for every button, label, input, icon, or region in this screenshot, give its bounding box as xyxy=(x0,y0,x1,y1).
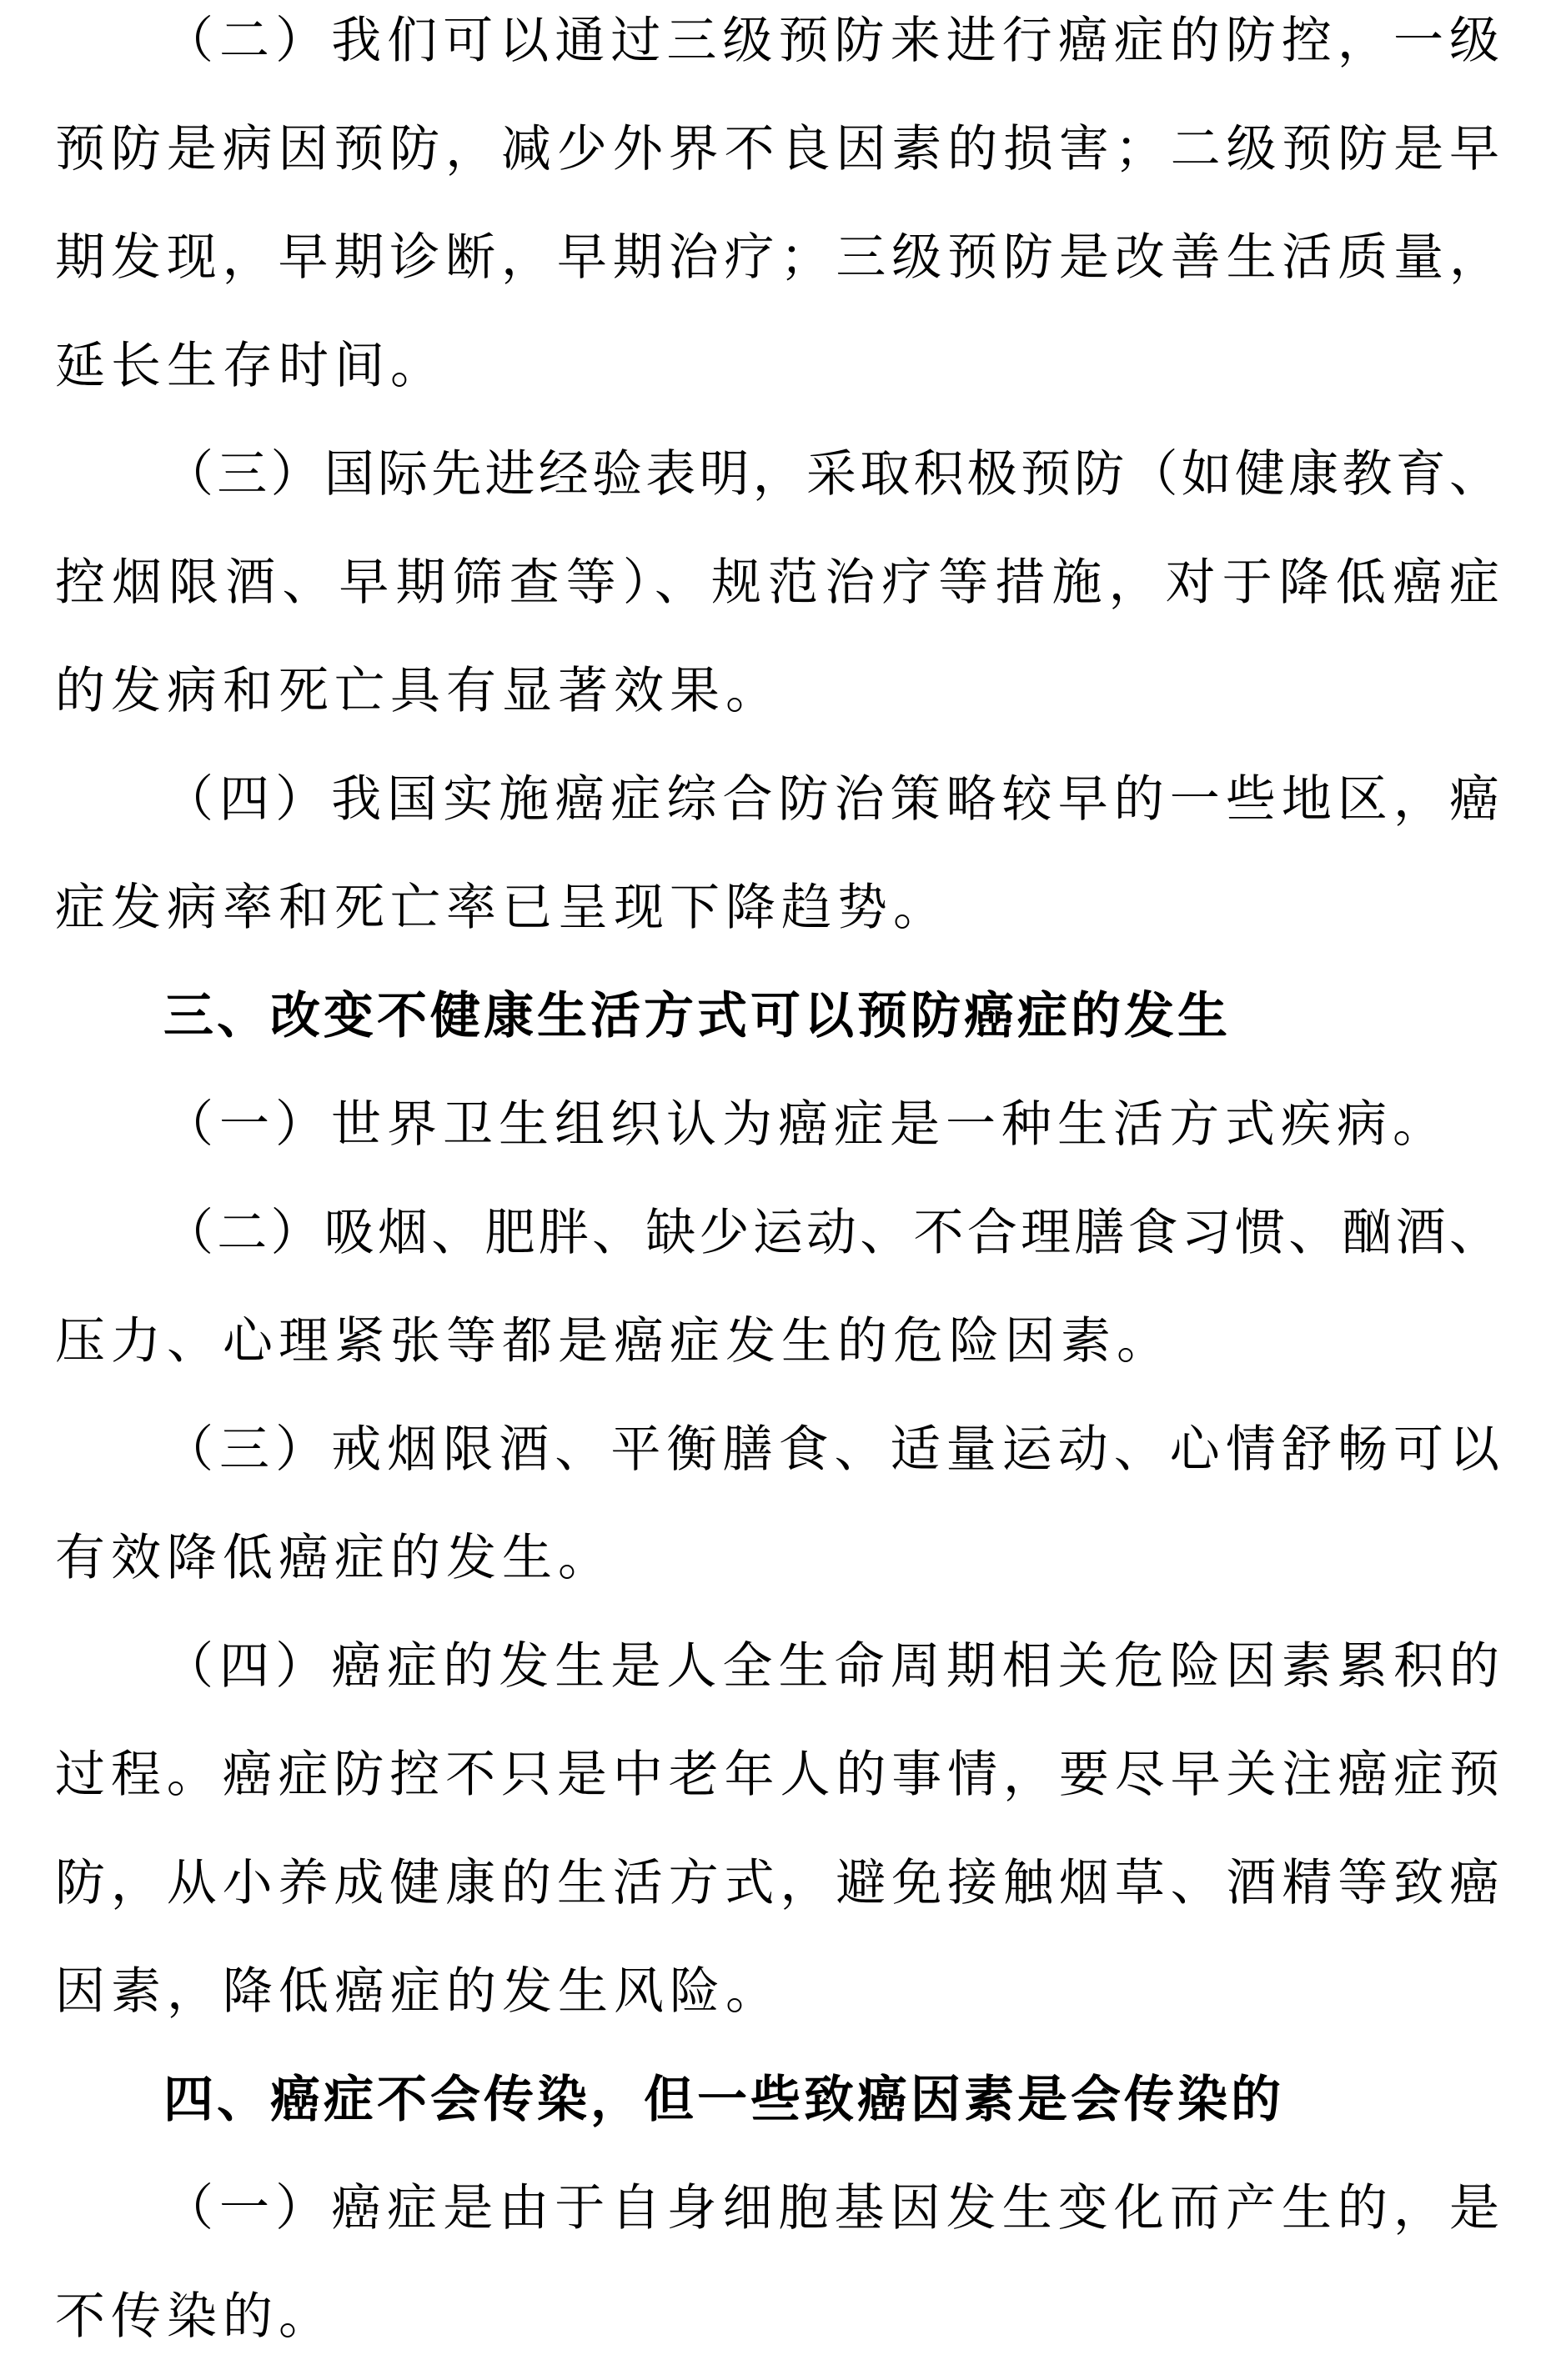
paragraph: （三）国际先进经验表明，采取积极预防（如健康教育、 控烟限酒、早期筛查等）、规范… xyxy=(55,420,1499,745)
paragraph: （二）我们可以通过三级预防来进行癌症的防控，一级 预防是病因预防，减少外界不良因… xyxy=(55,0,1499,420)
section-heading-text: 三、改变不健康生活方式可以预防癌症的发生 xyxy=(55,962,1499,1070)
text-line: 症发病率和死亡率已呈现下降趋势。 xyxy=(55,854,1499,962)
text-line: 过程。癌症防控不只是中老年人的事情，要尽早关注癌症预 xyxy=(55,1721,1499,1829)
text-line: （一）世界卫生组织认为癌症是一种生活方式疾病。 xyxy=(55,1070,1499,1179)
section-heading: 四、癌症不会传染，但一些致癌因素是会传染的 xyxy=(55,2046,1499,2154)
section-heading-text: 四、癌症不会传染，但一些致癌因素是会传染的 xyxy=(55,2046,1499,2154)
text-line: （三）戒烟限酒、平衡膳食、适量运动、心情舒畅可以 xyxy=(55,1395,1499,1504)
text-line: 不传染的。 xyxy=(55,2262,1499,2371)
document-content: （二）我们可以通过三级预防来进行癌症的防控，一级 预防是病因预防，减少外界不良因… xyxy=(55,0,1499,2371)
section-heading: 三、改变不健康生活方式可以预防癌症的发生 xyxy=(55,962,1499,1070)
paragraph: （四）癌症的发生是人全生命周期相关危险因素累积的 过程。癌症防控不只是中老年人的… xyxy=(55,1612,1499,2046)
text-line: 有效降低癌症的发生。 xyxy=(55,1504,1499,1612)
text-line: 控烟限酒、早期筛查等）、规范治疗等措施，对于降低癌症 xyxy=(55,529,1499,637)
text-line: （二）吸烟、肥胖、缺少运动、不合理膳食习惯、酗酒、 xyxy=(55,1179,1499,1287)
text-line: 的发病和死亡具有显著效果。 xyxy=(55,637,1499,745)
text-line: 期发现，早期诊断，早期治疗；三级预防是改善生活质量， xyxy=(55,203,1499,312)
text-line: （四）我国实施癌症综合防治策略较早的一些地区，癌 xyxy=(55,745,1499,854)
paragraph: （一）癌症是由于自身细胞基因发生变化而产生的，是 不传染的。 xyxy=(55,2154,1499,2371)
paragraph: （三）戒烟限酒、平衡膳食、适量运动、心情舒畅可以 有效降低癌症的发生。 xyxy=(55,1395,1499,1612)
text-line: 压力、心理紧张等都是癌症发生的危险因素。 xyxy=(55,1287,1499,1395)
text-line: （三）国际先进经验表明，采取积极预防（如健康教育、 xyxy=(55,420,1499,529)
text-line: 因素，降低癌症的发生风险。 xyxy=(55,1937,1499,2046)
text-line: （四）癌症的发生是人全生命周期相关危险因素累积的 xyxy=(55,1612,1499,1721)
paragraph: （四）我国实施癌症综合防治策略较早的一些地区，癌 症发病率和死亡率已呈现下降趋势… xyxy=(55,745,1499,962)
text-line: （二）我们可以通过三级预防来进行癌症的防控，一级 xyxy=(55,0,1499,95)
text-line: 防，从小养成健康的生活方式，避免接触烟草、酒精等致癌 xyxy=(55,1829,1499,1937)
text-line: 延长生存时间。 xyxy=(55,312,1499,420)
paragraph: （一）世界卫生组织认为癌症是一种生活方式疾病。 xyxy=(55,1070,1499,1179)
document-page: （二）我们可以通过三级预防来进行癌症的防控，一级 预防是病因预防，减少外界不良因… xyxy=(0,0,1551,2380)
text-line: （一）癌症是由于自身细胞基因发生变化而产生的，是 xyxy=(55,2154,1499,2262)
text-line: 预防是病因预防，减少外界不良因素的损害；二级预防是早 xyxy=(55,95,1499,203)
paragraph: （二）吸烟、肥胖、缺少运动、不合理膳食习惯、酗酒、 压力、心理紧张等都是癌症发生… xyxy=(55,1179,1499,1395)
